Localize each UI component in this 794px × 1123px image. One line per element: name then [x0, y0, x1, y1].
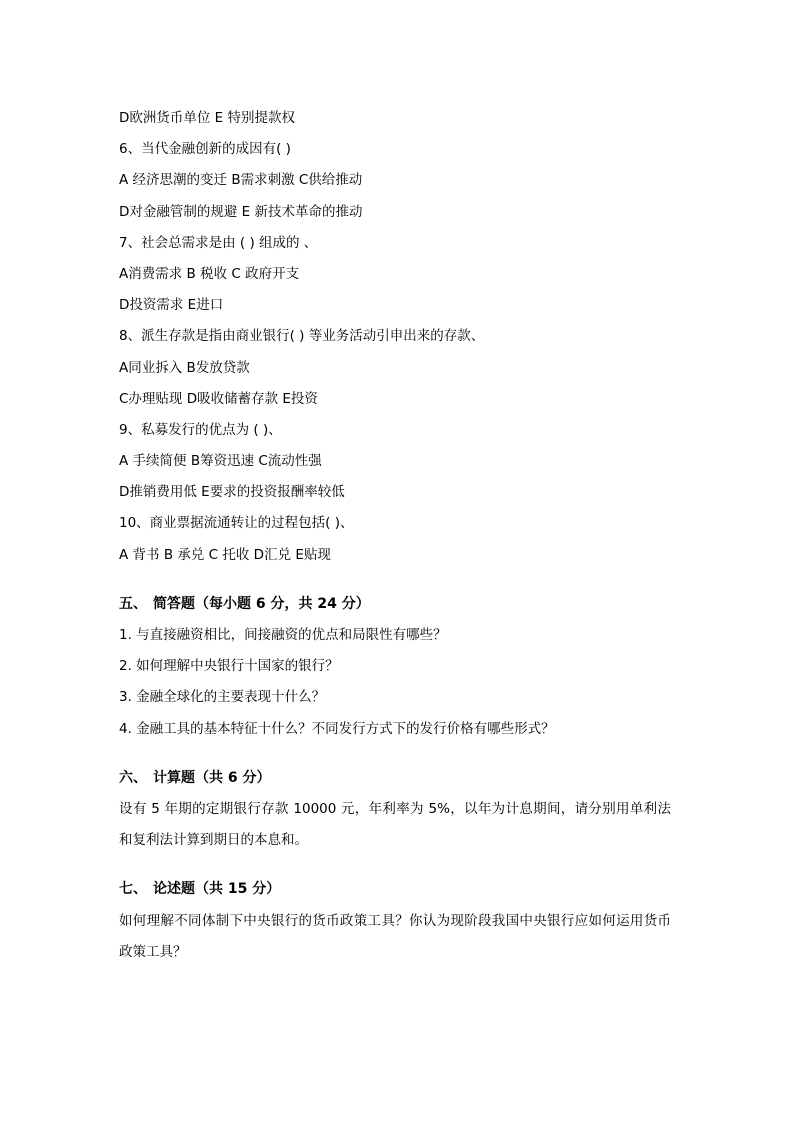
- section-number: 六、: [119, 763, 153, 794]
- option-line: A 经济思潮的变迁 B需求刺激 C供给推动: [119, 165, 679, 196]
- option-line: D推销费用低 E要求的投资报酬率较低: [119, 477, 679, 508]
- short-answer-question: 4. 金融工具的基本特征十什么？不同发行方式下的发行价格有哪些形式？: [119, 714, 679, 745]
- section-number: 七、: [119, 874, 153, 905]
- document-page: D欧洲货币单位 E 特别提款权 6、当代金融创新的成因有( ) A 经济思潮的变…: [119, 103, 679, 968]
- section-gap: [119, 745, 679, 763]
- essay-question: 如何理解不同体制下中央银行的货币政策工具？你认为现阶段我国中央银行应如何运用货币…: [119, 906, 671, 968]
- section-heading: 五、简答题（每小题 6 分，共 24 分）: [119, 589, 679, 620]
- option-line: A 背书 B 承兑 C 托收 D汇兑 E贴现: [119, 540, 679, 571]
- short-answer-question: 2. 如何理解中央银行十国家的银行？: [119, 651, 679, 682]
- option-line: D投资需求 E进口: [119, 290, 679, 321]
- section-heading: 六、计算题（共 6 分）: [119, 763, 679, 794]
- section-gap: [119, 571, 679, 589]
- question-line: 6、当代金融创新的成因有( ): [119, 134, 679, 165]
- section-essay: 七、论述题（共 15 分） 如何理解不同体制下中央银行的货币政策工具？你认为现阶…: [119, 874, 679, 968]
- question-line: 7、社会总需求是由 ( ) 组成的 、: [119, 228, 679, 259]
- section-short-answer: 五、简答题（每小题 6 分，共 24 分） 1. 与直接融资相比，间接融资的优点…: [119, 589, 679, 745]
- short-answer-question: 1. 与直接融资相比，间接融资的优点和局限性有哪些？: [119, 620, 679, 651]
- option-line: D欧洲货币单位 E 特别提款权: [119, 103, 679, 134]
- section-title: 论述题（共 15 分）: [153, 881, 280, 897]
- multiple-choice-continued: D欧洲货币单位 E 特别提款权 6、当代金融创新的成因有( ) A 经济思潮的变…: [119, 103, 679, 571]
- option-line: A 手续简便 B筹资迅速 C流动性强: [119, 446, 679, 477]
- option-line: D对金融管制的规避 E 新技术革命的推动: [119, 197, 679, 228]
- section-title: 简答题（每小题 6 分，共 24 分）: [153, 596, 370, 612]
- section-gap: [119, 856, 679, 874]
- section-number: 五、: [119, 589, 153, 620]
- short-answer-question: 3. 金融全球化的主要表现十什么？: [119, 682, 679, 713]
- question-line: 8、派生存款是指由商业银行( ) 等业务活动引申出来的存款、: [119, 321, 679, 352]
- section-title: 计算题（共 6 分）: [153, 770, 271, 786]
- option-line: A消费需求 B 税收 C 政府开支: [119, 259, 679, 290]
- question-line: 9、私募发行的优点为 ( )、: [119, 415, 679, 446]
- calculation-question: 设有 5 年期的定期银行存款 10000 元，年利率为 5%，以年为计息期间，请…: [119, 794, 671, 856]
- option-line: C办理贴现 D吸收储蓄存款 E投资: [119, 384, 679, 415]
- section-calculation: 六、计算题（共 6 分） 设有 5 年期的定期银行存款 10000 元，年利率为…: [119, 763, 679, 857]
- question-line: 10、商业票据流通转让的过程包括( )、: [119, 508, 679, 539]
- section-heading: 七、论述题（共 15 分）: [119, 874, 679, 905]
- option-line: A同业拆入 B发放贷款: [119, 353, 679, 384]
